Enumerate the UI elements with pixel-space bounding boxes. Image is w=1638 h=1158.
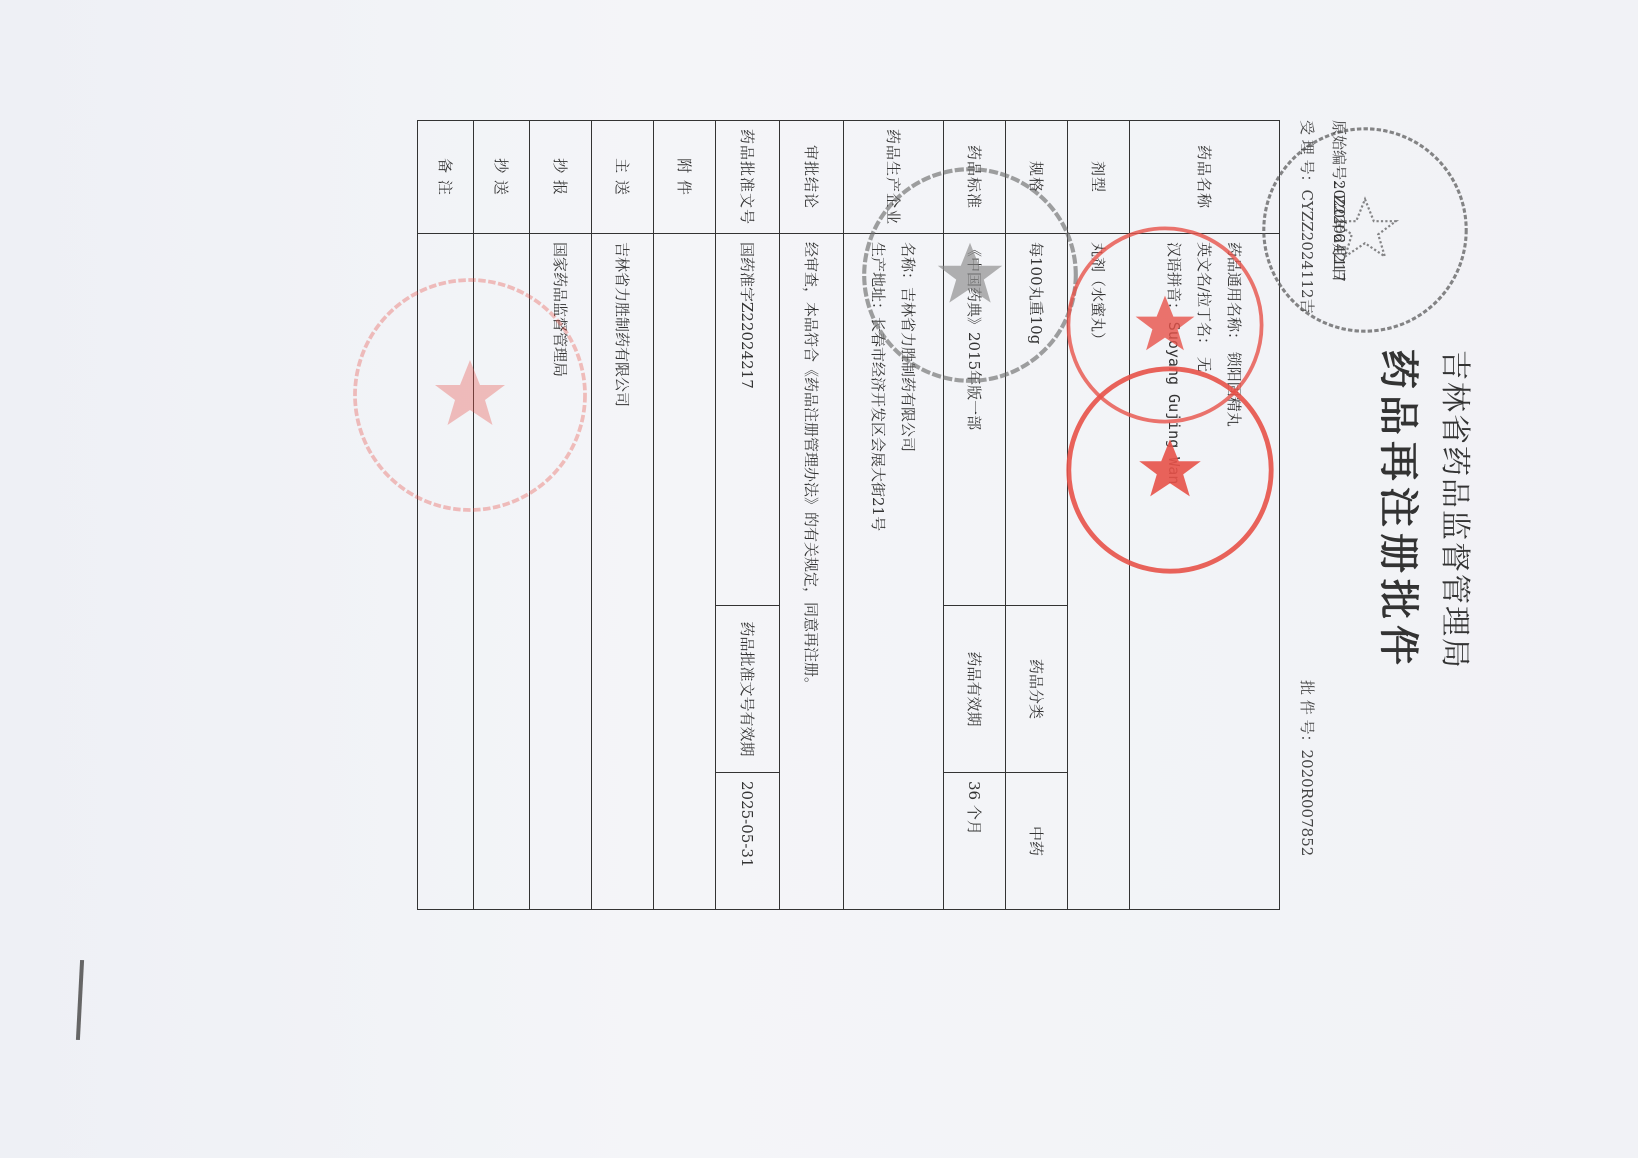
table-row-specification: 规格 每100丸重10g 药品分类 中药 [1006, 121, 1068, 910]
table-row-approval-number: 药品批准文号 国药准字Z22024217 药品批准文号有效期 2025-05-3… [716, 121, 780, 910]
table-row-attachment: 附 件 [654, 121, 716, 910]
approval-validity-label: 药品批准文号有效期 [716, 606, 780, 773]
bureau-seal-date: 2020年6月1日 [1329, 180, 1350, 282]
drug-name-cell: 药品通用名称： 锁阳固精丸 英文名/拉丁名： 无 汉语拼音： Suoyang G… [1130, 234, 1280, 910]
drug-category-label: 药品分类 [1006, 606, 1068, 773]
shelf-life-label: 药品有效期 [944, 606, 1006, 773]
acceptance-number: 受 理 号：CYZZ2024112吉 [1297, 120, 1318, 314]
pinyin-name: 汉语拼音： Suoyang Gujing Wan [1160, 242, 1190, 901]
table-row-drug-name: 药品名称 药品通用名称： 锁阳固精丸 英文名/拉丁名： 无 汉语拼音： Suoy… [1130, 121, 1280, 910]
table-row-manufacturer: 药品生产企业 名称：吉林省力胜制药有限公司 生产地址：长春市经济开发区会展大街2… [844, 121, 944, 910]
dosage-form-value: 丸剂（水蜜丸） [1068, 234, 1130, 910]
shelf-life-value: 36 个月 [944, 773, 1006, 910]
document-title: 药品再注册批件 [1373, 80, 1430, 940]
manufacturer-label: 药品生产企业 [844, 121, 944, 234]
manufacturer-cell: 名称：吉林省力胜制药有限公司 生产地址：长春市经济开发区会展大街21号 [844, 234, 944, 910]
manufacturer-name: 名称：吉林省力胜制药有限公司 [894, 242, 924, 901]
copy-to-value [474, 234, 530, 910]
drug-name-label: 药品名称 [1130, 121, 1280, 234]
acceptance-number-value: CYZZ2024112吉 [1298, 190, 1316, 314]
specification-value: 每100丸重10g [1006, 234, 1068, 606]
copy-to-label: 抄 送 [474, 121, 530, 234]
attachment-value [654, 234, 716, 910]
registration-table: 药品名称 药品通用名称： 锁阳固精丸 英文名/拉丁名： 无 汉语拼音： Suoy… [417, 120, 1280, 910]
registration-certificate-page: 吉林省药品监督管理局 药品再注册批件 原始编号：Z22024217 受 理 号：… [450, 80, 1480, 940]
remarks-value [418, 234, 474, 910]
generic-name: 药品通用名称： 锁阳固精丸 [1220, 242, 1250, 901]
drug-standard-label: 药品标准 [944, 121, 1006, 234]
acceptance-number-label: 受 理 号： [1298, 120, 1316, 190]
table-row-remarks: 备 注 [418, 121, 474, 910]
dosage-form-label: 剂型 [1068, 121, 1130, 234]
table-row-copy-to: 抄 送 [474, 121, 530, 910]
table-row-conclusion: 审批结论 经审查，本品符合《药品注册管理办法》的有关规定，同意再注册。 [780, 121, 844, 910]
table-row-main-recipient: 主 送 吉林省力胜制药有限公司 [592, 121, 654, 910]
table-row-dosage-form: 剂型 丸剂（水蜜丸） [1068, 121, 1130, 910]
english-name: 英文名/拉丁名： 无 [1190, 242, 1220, 901]
drug-category-value: 中药 [1006, 773, 1068, 910]
specification-label: 规格 [1006, 121, 1068, 234]
main-recipient-label: 主 送 [592, 121, 654, 234]
report-to-label: 抄 报 [530, 121, 592, 234]
approval-number-label: 批 件 号： [1298, 680, 1316, 750]
report-to-value: 国家药品监督管理局 [530, 234, 592, 910]
approval-number-label: 药品批准文号 [716, 121, 780, 234]
conclusion-value: 经审查，本品符合《药品注册管理办法》的有关规定，同意再注册。 [780, 234, 844, 910]
drug-standard-value: 《中国药典》2015年版一部 [944, 234, 1006, 606]
conclusion-label: 审批结论 [780, 121, 844, 234]
attachment-label: 附 件 [654, 121, 716, 234]
approval-number-value: 2020R007852 [1298, 750, 1316, 857]
remarks-label: 备 注 [418, 121, 474, 234]
agency-name: 吉林省药品监督管理局 [1436, 80, 1480, 940]
table-row-report-to: 抄 报 国家药品监督管理局 [530, 121, 592, 910]
approval-number-value: 国药准字Z22024217 [716, 234, 780, 606]
approval-document-number: 批 件 号：2020R007852 [1297, 680, 1318, 856]
manufacturer-address: 生产地址：长春市经济开发区会展大街21号 [864, 242, 894, 901]
main-recipient-value: 吉林省力胜制药有限公司 [592, 234, 654, 910]
table-row-standard: 药品标准 《中国药典》2015年版一部 药品有效期 36 个月 [944, 121, 1006, 910]
approval-validity-value: 2025-05-31 [716, 773, 780, 910]
